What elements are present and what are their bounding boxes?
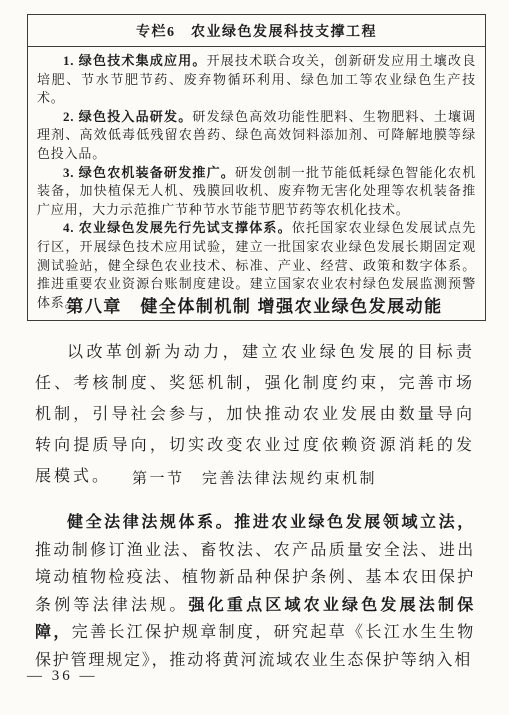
column-box-title: 专栏6 农业绿色发展科技支撑工程 (28, 15, 485, 47)
document-page: 专栏6 农业绿色发展科技支撑工程 1. 绿色技术集成应用。开展技术联合攻关，创新… (0, 0, 509, 715)
body-paragraph-2: 健全法律法规体系。推进农业绿色发展领域立法，推动制修订渔业法、畜牧法、农产品质量… (35, 509, 475, 674)
column-box-body: 1. 绿色技术集成应用。开展技术联合攻关，创新研发应用土壤改良培肥、节水节肥节药… (28, 47, 485, 320)
box-item: 2. 绿色投入品研发。研发绿色高效功能性肥料、生物肥料、土壤调理剂、高效低毒低残… (37, 108, 476, 164)
box-item-lead: 3. 绿色农机装备研发推广。 (63, 165, 235, 180)
box-item: 3. 绿色农机装备研发推广。研发创制一批节能低耗绿色智能化农机装备，加快植保无人… (37, 164, 476, 220)
section-title: 第一节 完善法律法规约束机制 (0, 467, 509, 488)
paragraph-bold-segment: 健全法律法规体系。推进农业绿色发展领域立法， (67, 514, 475, 531)
paragraph-segment: 完善长江保护规章制度，研究起草《长江水生生物保护管理规定》，推动将黄河流域农业生… (35, 624, 475, 669)
box-item: 1. 绿色技术集成应用。开展技术联合攻关，创新研发应用土壤改良培肥、节水节肥节药… (37, 52, 476, 108)
chapter-title: 第八章 健全体制机制 增强农业绿色发展动能 (0, 292, 509, 317)
box-item-lead: 2. 绿色投入品研发。 (63, 109, 192, 124)
column-box: 专栏6 农业绿色发展科技支撑工程 1. 绿色技术集成应用。开展技术联合攻关，创新… (27, 14, 486, 321)
box-item-lead: 4. 农业绿色发展先行先试支撑体系。 (63, 220, 292, 235)
box-item-lead: 1. 绿色技术集成应用。 (63, 53, 207, 68)
page-number: — 36 — (27, 668, 98, 685)
